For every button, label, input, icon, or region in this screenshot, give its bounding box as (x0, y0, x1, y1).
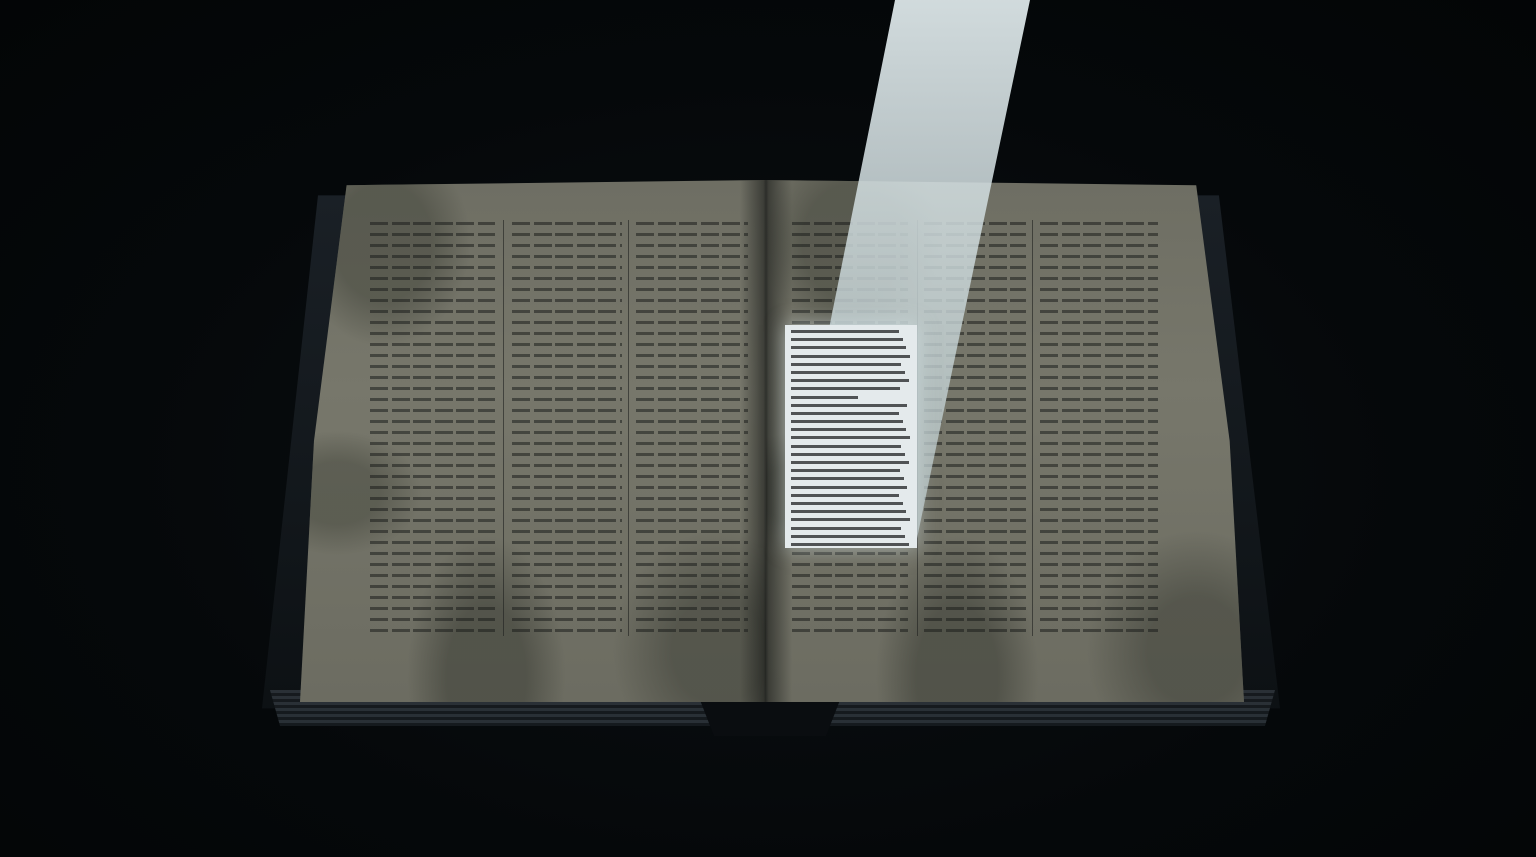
column-rule (1032, 220, 1033, 636)
highlighted-text-line (791, 510, 906, 513)
column-rule (628, 220, 629, 636)
highlighted-passage (785, 325, 917, 548)
column-rule (917, 220, 918, 636)
highlighted-text-line (791, 436, 910, 439)
highlighted-text-line (791, 486, 907, 489)
highlighted-text-line (791, 404, 907, 407)
highlighted-text-line (791, 445, 901, 448)
highlighted-text-line (791, 543, 909, 546)
highlighted-text-line (791, 330, 899, 333)
highlighted-text-line (791, 412, 899, 415)
column-rule (503, 220, 504, 636)
highlighted-text-line (791, 363, 901, 366)
highlighted-text-line (791, 518, 910, 521)
text-column (512, 222, 622, 634)
highlighted-text-line (791, 477, 904, 480)
highlighted-text-line (791, 355, 910, 358)
highlighted-text-line (791, 379, 909, 382)
highlighted-text-line (791, 527, 901, 530)
text-column (370, 222, 495, 634)
highlighted-text-line (791, 428, 906, 431)
highlighted-text-line (791, 494, 899, 497)
highlighted-text-line (791, 535, 905, 538)
highlighted-text-line (791, 396, 858, 399)
highlighted-text-line (791, 338, 903, 341)
highlighted-text-line (791, 387, 900, 390)
highlighted-text-line (791, 461, 909, 464)
text-column (636, 222, 748, 634)
highlighted-text-line (791, 420, 903, 423)
highlighted-text-line (791, 502, 903, 505)
text-column (924, 222, 1026, 634)
highlighted-text-line (791, 371, 905, 374)
book-spine (700, 700, 840, 736)
highlighted-text-line (791, 453, 905, 456)
highlighted-text-line (791, 469, 900, 472)
highlighted-text-line (791, 346, 906, 349)
text-column (1040, 222, 1158, 634)
